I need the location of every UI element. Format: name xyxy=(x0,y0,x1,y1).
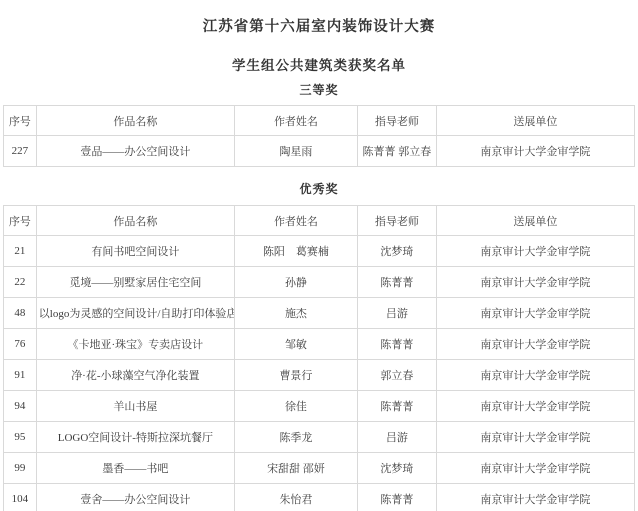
award-label-third-prize: 三等奖 xyxy=(3,81,635,98)
cell-unit: 南京审计大学金审学院 xyxy=(436,329,634,360)
third-prize-table: 序号 作品名称 作者姓名 指导老师 送展单位 227 壹品——办公空间设计 陶星… xyxy=(3,105,635,167)
table-row: 76 《卡地亚·珠宝》专卖店设计 邹敏 陈菁菁 南京审计大学金审学院 xyxy=(4,329,635,360)
cell-unit: 南京审计大学金审学院 xyxy=(436,360,634,391)
cell-author: 陶星雨 xyxy=(234,136,357,167)
header-serial: 序号 xyxy=(4,106,37,136)
cell-work-title: 壹舍——办公空间设计 xyxy=(36,484,234,511)
cell-advisor: 陈菁菁 郭立春 xyxy=(357,136,436,167)
cell-work-title: 净·花-小球藻空气净化装置 xyxy=(36,360,234,391)
table-row: 22 觅境——别墅家居住宅空间 孙静 陈菁菁 南京审计大学金审学院 xyxy=(4,267,635,298)
cell-author: 朱怡君 xyxy=(234,484,357,511)
table-row: 95 LOGO空间设计-特斯拉深坑餐厅 陈季龙 吕游 南京审计大学金审学院 xyxy=(4,422,635,453)
cell-advisor: 沈梦琦 xyxy=(357,453,436,484)
document: 江苏省第十六届室内装饰设计大赛 学生组公共建筑类获奖名单 三等奖 序号 作品名称… xyxy=(0,0,638,511)
cell-work-title: 羊山书屋 xyxy=(36,391,234,422)
cell-author: 邹敏 xyxy=(234,329,357,360)
header-serial: 序号 xyxy=(4,206,37,236)
cell-author: 曹景行 xyxy=(234,360,357,391)
header-advisor: 指导老师 xyxy=(357,206,436,236)
cell-advisor: 沈梦琦 xyxy=(357,236,436,267)
cell-work-title: 有间书吧空间设计 xyxy=(36,236,234,267)
header-author: 作者姓名 xyxy=(234,206,357,236)
cell-serial: 76 xyxy=(4,329,37,360)
cell-unit: 南京审计大学金审学院 xyxy=(436,267,634,298)
cell-serial: 227 xyxy=(4,136,37,167)
cell-work-title: 《卡地亚·珠宝》专卖店设计 xyxy=(36,329,234,360)
cell-unit: 南京审计大学金审学院 xyxy=(436,391,634,422)
cell-author: 徐佳 xyxy=(234,391,357,422)
cell-author: 孙静 xyxy=(234,267,357,298)
cell-unit: 南京审计大学金审学院 xyxy=(436,453,634,484)
cell-work-title: LOGO空间设计-特斯拉深坑餐厅 xyxy=(36,422,234,453)
cell-author: 陈阳 葛赛楠 xyxy=(234,236,357,267)
table-row: 21 有间书吧空间设计 陈阳 葛赛楠 沈梦琦 南京审计大学金审学院 xyxy=(4,236,635,267)
header-unit: 送展单位 xyxy=(436,106,634,136)
cell-advisor: 郭立春 xyxy=(357,360,436,391)
cell-unit: 南京审计大学金审学院 xyxy=(436,298,634,329)
cell-serial: 48 xyxy=(4,298,37,329)
table-row: 48 以logo为灵感的空间设计/自助打印体验店 施杰 吕游 南京审计大学金审学… xyxy=(4,298,635,329)
table-header-row: 序号 作品名称 作者姓名 指导老师 送展单位 xyxy=(4,206,635,236)
table-header-row: 序号 作品名称 作者姓名 指导老师 送展单位 xyxy=(4,106,635,136)
table-row: 104 壹舍——办公空间设计 朱怡君 陈菁菁 南京审计大学金审学院 xyxy=(4,484,635,511)
cell-advisor: 陈菁菁 xyxy=(357,329,436,360)
cell-advisor: 陈菁菁 xyxy=(357,391,436,422)
cell-advisor: 吕游 xyxy=(357,422,436,453)
cell-serial: 91 xyxy=(4,360,37,391)
header-unit: 送展单位 xyxy=(436,206,634,236)
cell-serial: 94 xyxy=(4,391,37,422)
cell-serial: 95 xyxy=(4,422,37,453)
cell-author: 宋甜甜 邵妍 xyxy=(234,453,357,484)
cell-work-title: 觅境——别墅家居住宅空间 xyxy=(36,267,234,298)
page-title: 江苏省第十六届室内装饰设计大赛 xyxy=(3,10,635,36)
header-author: 作者姓名 xyxy=(234,106,357,136)
cell-serial: 22 xyxy=(4,267,37,298)
table-row: 227 壹品——办公空间设计 陶星雨 陈菁菁 郭立春 南京审计大学金审学院 xyxy=(4,136,635,167)
cell-author: 陈季龙 xyxy=(234,422,357,453)
table-row: 99 墨香——书吧 宋甜甜 邵妍 沈梦琦 南京审计大学金审学院 xyxy=(4,453,635,484)
cell-unit: 南京审计大学金审学院 xyxy=(436,236,634,267)
cell-unit: 南京审计大学金审学院 xyxy=(436,422,634,453)
cell-author: 施杰 xyxy=(234,298,357,329)
cell-work-title: 壹品——办公空间设计 xyxy=(36,136,234,167)
table-row: 94 羊山书屋 徐佳 陈菁菁 南京审计大学金审学院 xyxy=(4,391,635,422)
cell-work-title: 墨香——书吧 xyxy=(36,453,234,484)
header-advisor: 指导老师 xyxy=(357,106,436,136)
cell-serial: 99 xyxy=(4,453,37,484)
cell-unit: 南京审计大学金审学院 xyxy=(436,484,634,511)
cell-advisor: 吕游 xyxy=(357,298,436,329)
table-row: 91 净·花-小球藻空气净化装置 曹景行 郭立春 南京审计大学金审学院 xyxy=(4,360,635,391)
header-work-title: 作品名称 xyxy=(36,106,234,136)
award-label-excellence: 优秀奖 xyxy=(3,180,635,197)
page-subtitle: 学生组公共建筑类获奖名单 xyxy=(3,54,635,74)
header-work-title: 作品名称 xyxy=(36,206,234,236)
cell-advisor: 陈菁菁 xyxy=(357,484,436,511)
cell-serial: 104 xyxy=(4,484,37,511)
excellence-award-table: 序号 作品名称 作者姓名 指导老师 送展单位 21 有间书吧空间设计 陈阳 葛赛… xyxy=(3,205,635,511)
cell-unit: 南京审计大学金审学院 xyxy=(436,136,634,167)
cell-work-title: 以logo为灵感的空间设计/自助打印体验店 xyxy=(36,298,234,329)
cell-serial: 21 xyxy=(4,236,37,267)
cell-advisor: 陈菁菁 xyxy=(357,267,436,298)
